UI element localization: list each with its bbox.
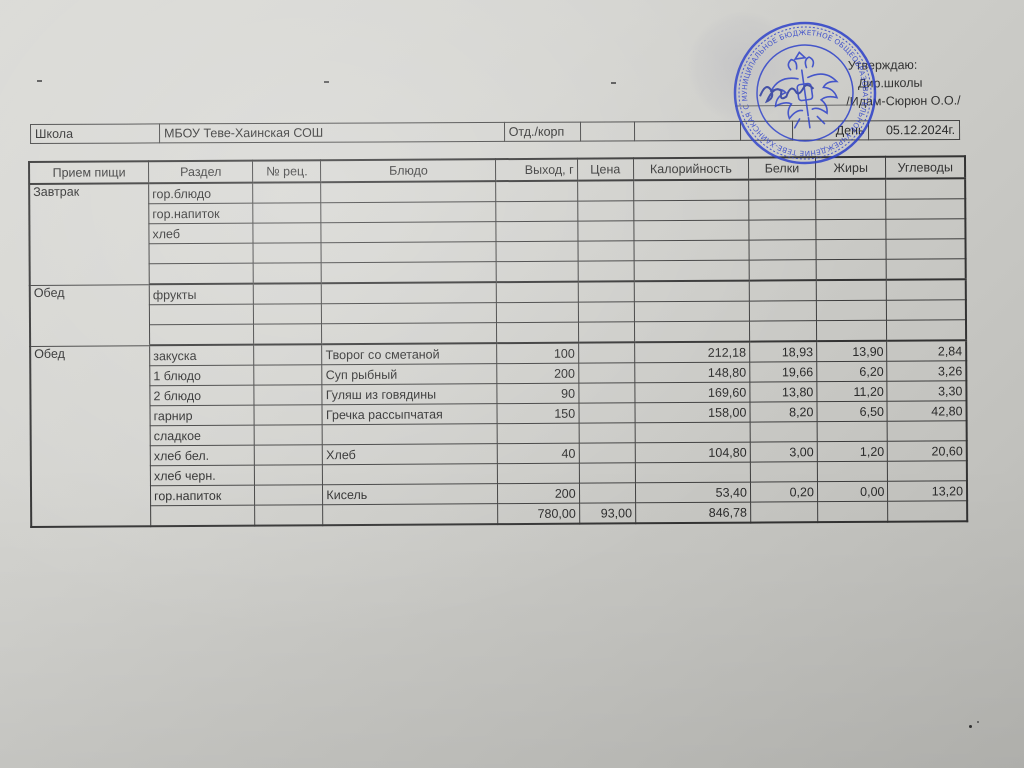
- calories-cell: [635, 462, 750, 483]
- price-cell: [579, 463, 635, 483]
- output-cell: 200: [497, 363, 578, 383]
- rec-cell: [255, 445, 323, 465]
- calories-cell: 158,00: [635, 402, 750, 423]
- rec-cell: [254, 365, 322, 385]
- fats-cell: 11,20: [817, 381, 888, 401]
- fats-cell: [816, 300, 887, 320]
- rec-cell: [255, 465, 323, 485]
- school-info-row: Школа МБОУ Теве-Хаинская СОШ Отд./корп Д…: [30, 120, 960, 144]
- school-value: МБОУ Теве-Хаинская СОШ: [160, 122, 505, 143]
- output-cell: 100: [497, 343, 578, 364]
- carbs-cell: [886, 199, 965, 219]
- carbs-cell: [886, 178, 965, 199]
- fats-cell: 13,90: [817, 341, 888, 362]
- calories-cell: 212,18: [634, 342, 749, 363]
- dish-cell: Гречка рассыпчатая: [322, 404, 497, 425]
- carbs-cell: 3,26: [887, 361, 966, 381]
- output-cell: [497, 322, 578, 343]
- output-cell: 40: [498, 443, 579, 463]
- proteins-cell: [749, 260, 816, 281]
- proteins-cell: 13,80: [750, 382, 817, 402]
- calories-cell: [634, 200, 749, 221]
- approval-position: Дир.школы: [848, 73, 961, 92]
- proteins-cell: 19,66: [750, 362, 817, 382]
- speck: [969, 725, 972, 728]
- fats-cell: [816, 219, 887, 239]
- dish-cell: Хлеб: [323, 444, 498, 465]
- proteins-cell: [749, 301, 816, 321]
- dept-value: [580, 122, 634, 141]
- dish-cell: Гуляш из говядины: [322, 384, 497, 405]
- proteins-cell: [750, 462, 817, 482]
- header-recipe-no: № рец.: [253, 160, 321, 182]
- section-cell: [151, 505, 255, 526]
- carbs-cell: [887, 279, 966, 300]
- calories-cell: [634, 321, 749, 342]
- calories-cell: [634, 301, 749, 322]
- section-cell: фрукты: [149, 284, 253, 305]
- header-calories: Калорийность: [633, 158, 748, 181]
- calories-cell: 104,80: [635, 442, 750, 463]
- date-value: 05.12.2024г.: [869, 120, 960, 139]
- price-cell: [578, 261, 634, 282]
- price-cell: [579, 483, 635, 503]
- dish-cell: Суп рыбный: [322, 364, 497, 385]
- dish-cell: Творог со сметаной: [322, 343, 497, 365]
- dish-cell: [322, 282, 497, 304]
- fats-cell: [817, 461, 888, 481]
- calories-cell: [634, 220, 749, 241]
- output-cell: 780,00: [498, 503, 579, 524]
- output-cell: 200: [498, 483, 579, 503]
- dish-cell: Кисель: [323, 484, 498, 505]
- rec-cell: [253, 243, 321, 263]
- fats-cell: [816, 179, 887, 200]
- school-label: Школа: [31, 124, 160, 144]
- carbs-cell: [887, 300, 966, 320]
- meal-cell: Обед: [30, 345, 151, 527]
- rec-cell: [254, 385, 322, 405]
- fats-cell: [816, 259, 887, 280]
- fats-cell: [816, 199, 887, 219]
- section-cell: 2 блюдо: [150, 385, 254, 406]
- carbs-cell: 2,84: [887, 340, 966, 361]
- dish-cell: [321, 242, 496, 263]
- dish-cell: [323, 504, 498, 526]
- fats-cell: [817, 421, 888, 441]
- section-cell: хлеб: [149, 223, 253, 244]
- section-cell: сладкое: [150, 425, 254, 446]
- fats-cell: [816, 280, 887, 301]
- rec-cell: [254, 405, 322, 425]
- output-cell: [496, 201, 577, 221]
- price-cell: [577, 201, 633, 221]
- section-cell: закуска: [150, 345, 254, 366]
- dish-cell: [321, 222, 496, 243]
- price-cell: [579, 443, 635, 463]
- header-meal: Прием пищи: [29, 161, 149, 184]
- section-cell: [149, 263, 253, 284]
- calories-cell: [634, 281, 749, 302]
- carbs-cell: [887, 320, 966, 341]
- carbs-cell: [886, 219, 965, 239]
- calories-cell: 53,40: [635, 482, 750, 503]
- dish-cell: [322, 424, 497, 445]
- header-section: Раздел: [149, 161, 254, 184]
- proteins-cell: [748, 179, 815, 200]
- dish-cell: [321, 262, 496, 284]
- proteins-cell: [749, 280, 816, 301]
- output-cell: [496, 221, 577, 241]
- header-fats: Жиры: [815, 157, 886, 179]
- meal-cell: Обед: [30, 284, 150, 346]
- dish-cell: [322, 323, 497, 345]
- carbs-cell: 13,20: [888, 481, 967, 501]
- price-cell: [578, 322, 634, 343]
- section-cell: [150, 324, 254, 345]
- meal-cell: Завтрак: [29, 183, 149, 285]
- printer-mark: [324, 81, 329, 83]
- calories-cell: [634, 260, 749, 281]
- approval-title: Утверждаю:: [848, 55, 961, 74]
- proteins-cell: 0,20: [750, 482, 817, 502]
- rec-cell: [253, 182, 321, 203]
- proteins-cell: 18,93: [749, 341, 816, 362]
- speck: [977, 721, 979, 723]
- fats-cell: 6,20: [817, 361, 888, 381]
- dept-label: Отд./корп: [504, 122, 580, 141]
- proteins-cell: [750, 502, 817, 523]
- header-proteins: Белки: [748, 157, 815, 179]
- carbs-cell: [888, 461, 967, 481]
- fats-cell: [816, 320, 887, 341]
- output-cell: 150: [497, 403, 578, 423]
- day-label: День: [793, 121, 869, 140]
- proteins-cell: [749, 200, 816, 220]
- output-cell: [497, 261, 578, 282]
- header-price: Цена: [577, 158, 633, 180]
- section-cell: 1 блюдо: [150, 365, 254, 386]
- proteins-cell: 3,00: [750, 442, 817, 462]
- header-carbs: Углеводы: [886, 156, 965, 178]
- output-cell: [496, 241, 577, 261]
- rec-cell: [254, 344, 322, 365]
- section-cell: гор.блюдо: [149, 183, 253, 204]
- empty-cell: [741, 121, 793, 140]
- rec-cell: [254, 324, 322, 345]
- dish-cell: [321, 181, 496, 203]
- output-cell: [497, 302, 578, 322]
- rec-cell: [254, 263, 322, 284]
- proteins-cell: [750, 422, 817, 442]
- rec-cell: [254, 425, 322, 445]
- output-cell: [498, 423, 579, 443]
- menu-table: Прием пищи Раздел № рец. Блюдо Выход, г …: [28, 155, 968, 528]
- price-cell: [578, 302, 634, 322]
- rec-cell: [255, 485, 323, 505]
- proteins-cell: [749, 220, 816, 240]
- carbs-cell: [886, 239, 965, 259]
- price-cell: [578, 241, 634, 261]
- calories-cell: 169,60: [635, 382, 750, 403]
- section-cell: [149, 304, 253, 325]
- output-cell: 90: [497, 383, 578, 403]
- fats-cell: [816, 239, 887, 259]
- fats-cell: 1,20: [817, 441, 888, 461]
- rec-cell: [253, 203, 321, 223]
- rec-cell: [254, 304, 322, 324]
- calories-cell: 846,78: [635, 502, 750, 523]
- fats-cell: 0,00: [817, 481, 888, 501]
- calories-cell: 148,80: [635, 362, 750, 383]
- price-cell: [579, 423, 635, 443]
- calories-cell: [635, 422, 750, 443]
- signature-line: [735, 104, 855, 106]
- fats-cell: 6,50: [817, 401, 888, 421]
- proteins-cell: [749, 240, 816, 260]
- carbs-cell: [888, 421, 967, 441]
- section-cell: гор.напиток: [149, 203, 253, 224]
- section-cell: гарнир: [150, 405, 254, 426]
- price-cell: [578, 383, 634, 403]
- printer-mark: [37, 80, 42, 82]
- output-cell: [497, 282, 578, 303]
- dish-cell: [322, 303, 497, 324]
- carbs-cell: [887, 259, 966, 280]
- rec-cell: [254, 283, 322, 304]
- carbs-cell: [888, 501, 967, 522]
- rec-cell: [255, 505, 323, 526]
- section-cell: хлеб бел.: [150, 445, 254, 466]
- carbs-cell: 3,30: [887, 381, 966, 401]
- price-cell: [579, 403, 635, 423]
- header-output: Выход, г: [496, 159, 577, 181]
- header-dish: Блюдо: [321, 159, 496, 182]
- dish-cell: [321, 202, 496, 223]
- price-cell: [577, 180, 633, 201]
- price-cell: [578, 281, 634, 302]
- menu-table-body: Завтракгор.блюдогор.напитокхлебОбедфрукт…: [29, 178, 967, 527]
- printer-mark: [611, 82, 616, 84]
- fats-cell: [817, 501, 888, 522]
- dish-cell: [323, 464, 498, 485]
- price-cell: [578, 342, 634, 363]
- section-cell: хлеб черн.: [150, 465, 254, 486]
- section-cell: гор.напиток: [150, 485, 254, 506]
- table-row: 780,0093,00846,78: [31, 501, 967, 527]
- section-cell: [149, 243, 253, 264]
- calories-cell: [633, 180, 748, 201]
- document-photo: Утверждаю: Дир.школы /Идам-Сюрюн О.О./ Ш…: [0, 0, 1024, 768]
- carbs-cell: 20,60: [888, 441, 967, 461]
- carbs-cell: 42,80: [887, 401, 966, 421]
- calories-cell: [634, 240, 749, 261]
- output-cell: [496, 181, 577, 202]
- price-cell: [577, 221, 633, 241]
- proteins-cell: [749, 321, 816, 342]
- empty-cell: [634, 121, 741, 140]
- price-cell: 93,00: [579, 503, 635, 524]
- approval-name: /Идам-Сюрюн О.О./: [846, 91, 961, 110]
- proteins-cell: 8,20: [750, 402, 817, 422]
- output-cell: [498, 463, 579, 483]
- rec-cell: [253, 223, 321, 243]
- approval-block: Утверждаю: Дир.школы /Идам-Сюрюн О.О./: [848, 55, 961, 110]
- price-cell: [578, 363, 634, 383]
